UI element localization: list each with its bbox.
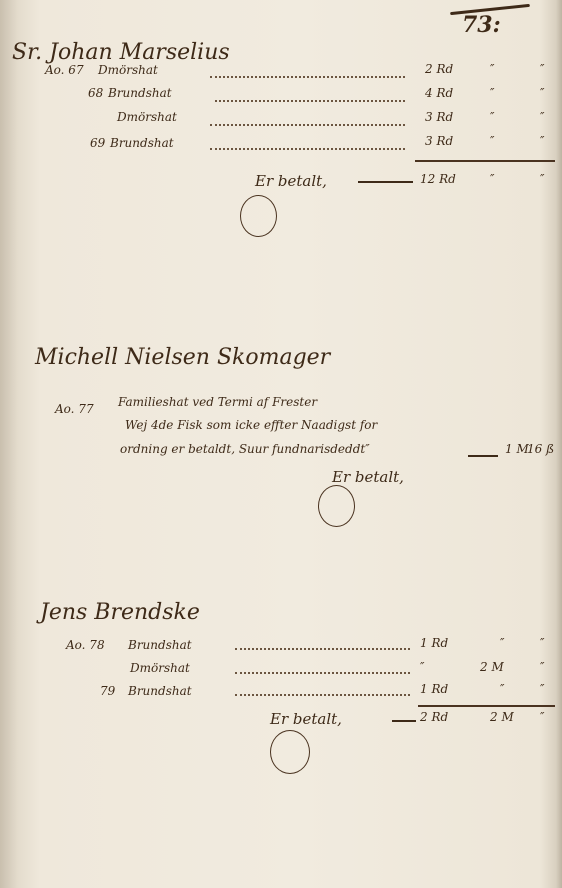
entry-text: Wej 4de Fisk som icke effter Naadigst fo… bbox=[125, 418, 377, 432]
amount-m: 2 M bbox=[480, 660, 504, 674]
amount: 1 Rd bbox=[420, 636, 448, 650]
amount: 1 Rd bbox=[420, 682, 448, 696]
amount: ″ bbox=[420, 660, 424, 674]
total-m: 2 M bbox=[490, 710, 514, 724]
amount-s: ″ bbox=[540, 134, 544, 148]
total-s: ″ bbox=[540, 172, 544, 186]
leader-dots bbox=[210, 124, 405, 126]
dash bbox=[358, 181, 413, 183]
paraph-flourish bbox=[318, 485, 355, 527]
amount-m: ″ bbox=[500, 682, 504, 696]
amount-s: ″ bbox=[540, 62, 544, 76]
entry-name: Michell Nielsen Skomager bbox=[35, 345, 330, 370]
total-amount: 12 Rd bbox=[420, 172, 456, 186]
entry-ref: 69 bbox=[90, 136, 105, 150]
total-amount: 2 Rd bbox=[420, 710, 448, 724]
entry-text: ordning er betaldt, Suur fundnarisdeddt″ bbox=[120, 442, 370, 456]
entry-text: Brundshat bbox=[128, 638, 192, 652]
leader-dots bbox=[235, 672, 410, 674]
entry-ref: 68 bbox=[88, 86, 103, 100]
entry-text: Brundshat bbox=[110, 136, 174, 150]
amount-m: ″ bbox=[490, 62, 494, 76]
amount-s: 16 ß bbox=[527, 442, 554, 456]
leader-dots bbox=[215, 100, 405, 102]
amount: 4 Rd bbox=[425, 86, 453, 100]
amount: 3 Rd bbox=[425, 110, 453, 124]
amount: 3 Rd bbox=[425, 134, 453, 148]
entry-text: Brundshat bbox=[108, 86, 172, 100]
total-s: ″ bbox=[540, 710, 544, 724]
sum-rule bbox=[418, 705, 555, 707]
leader-dots bbox=[210, 148, 405, 150]
dash bbox=[392, 720, 416, 722]
paid-label: Er betalt, bbox=[270, 710, 342, 728]
paid-label: Er betalt, bbox=[332, 468, 404, 486]
entry-ref: Ao. 67 bbox=[45, 63, 84, 77]
amount-s: ″ bbox=[540, 682, 544, 696]
paraph-flourish bbox=[270, 730, 310, 774]
manuscript-page: 73: Sr. Johan Marselius Ao. 67 Dmörshat … bbox=[0, 0, 562, 888]
entry-ref: Ao. 77 bbox=[55, 402, 94, 416]
entry-text: Familieshat ved Termi af Frester bbox=[118, 395, 317, 409]
amount-s: ″ bbox=[540, 110, 544, 124]
entry-text: Brundshat bbox=[128, 684, 192, 698]
amount-m: ″ bbox=[490, 134, 494, 148]
amount-m: ″ bbox=[490, 86, 494, 100]
amount: 1 M bbox=[505, 442, 529, 456]
entry-text: Dmörshat bbox=[117, 110, 177, 124]
amount-s: ″ bbox=[540, 660, 544, 674]
leader-dots bbox=[235, 694, 410, 696]
paraph-flourish bbox=[240, 195, 277, 237]
amount-m: ″ bbox=[500, 636, 504, 650]
paid-label: Er betalt, bbox=[255, 172, 327, 190]
page-number: 73: bbox=[462, 12, 501, 38]
amount-s: ″ bbox=[540, 86, 544, 100]
dash bbox=[468, 455, 498, 457]
leader-dots bbox=[210, 76, 405, 78]
amount: 2 Rd bbox=[425, 62, 453, 76]
amount-s: ″ bbox=[540, 636, 544, 650]
entry-name: Sr. Johan Marselius bbox=[12, 40, 230, 65]
leader-dots bbox=[235, 648, 410, 650]
total-m: ″ bbox=[490, 172, 494, 186]
entry-text: Dmörshat bbox=[98, 63, 158, 77]
entry-name: Jens Brendske bbox=[40, 600, 200, 625]
entry-text: Dmörshat bbox=[130, 661, 190, 675]
sum-rule bbox=[415, 160, 555, 162]
entry-ref: 79 bbox=[100, 684, 115, 698]
amount-m: ″ bbox=[490, 110, 494, 124]
entry-ref: Ao. 78 bbox=[66, 638, 105, 652]
